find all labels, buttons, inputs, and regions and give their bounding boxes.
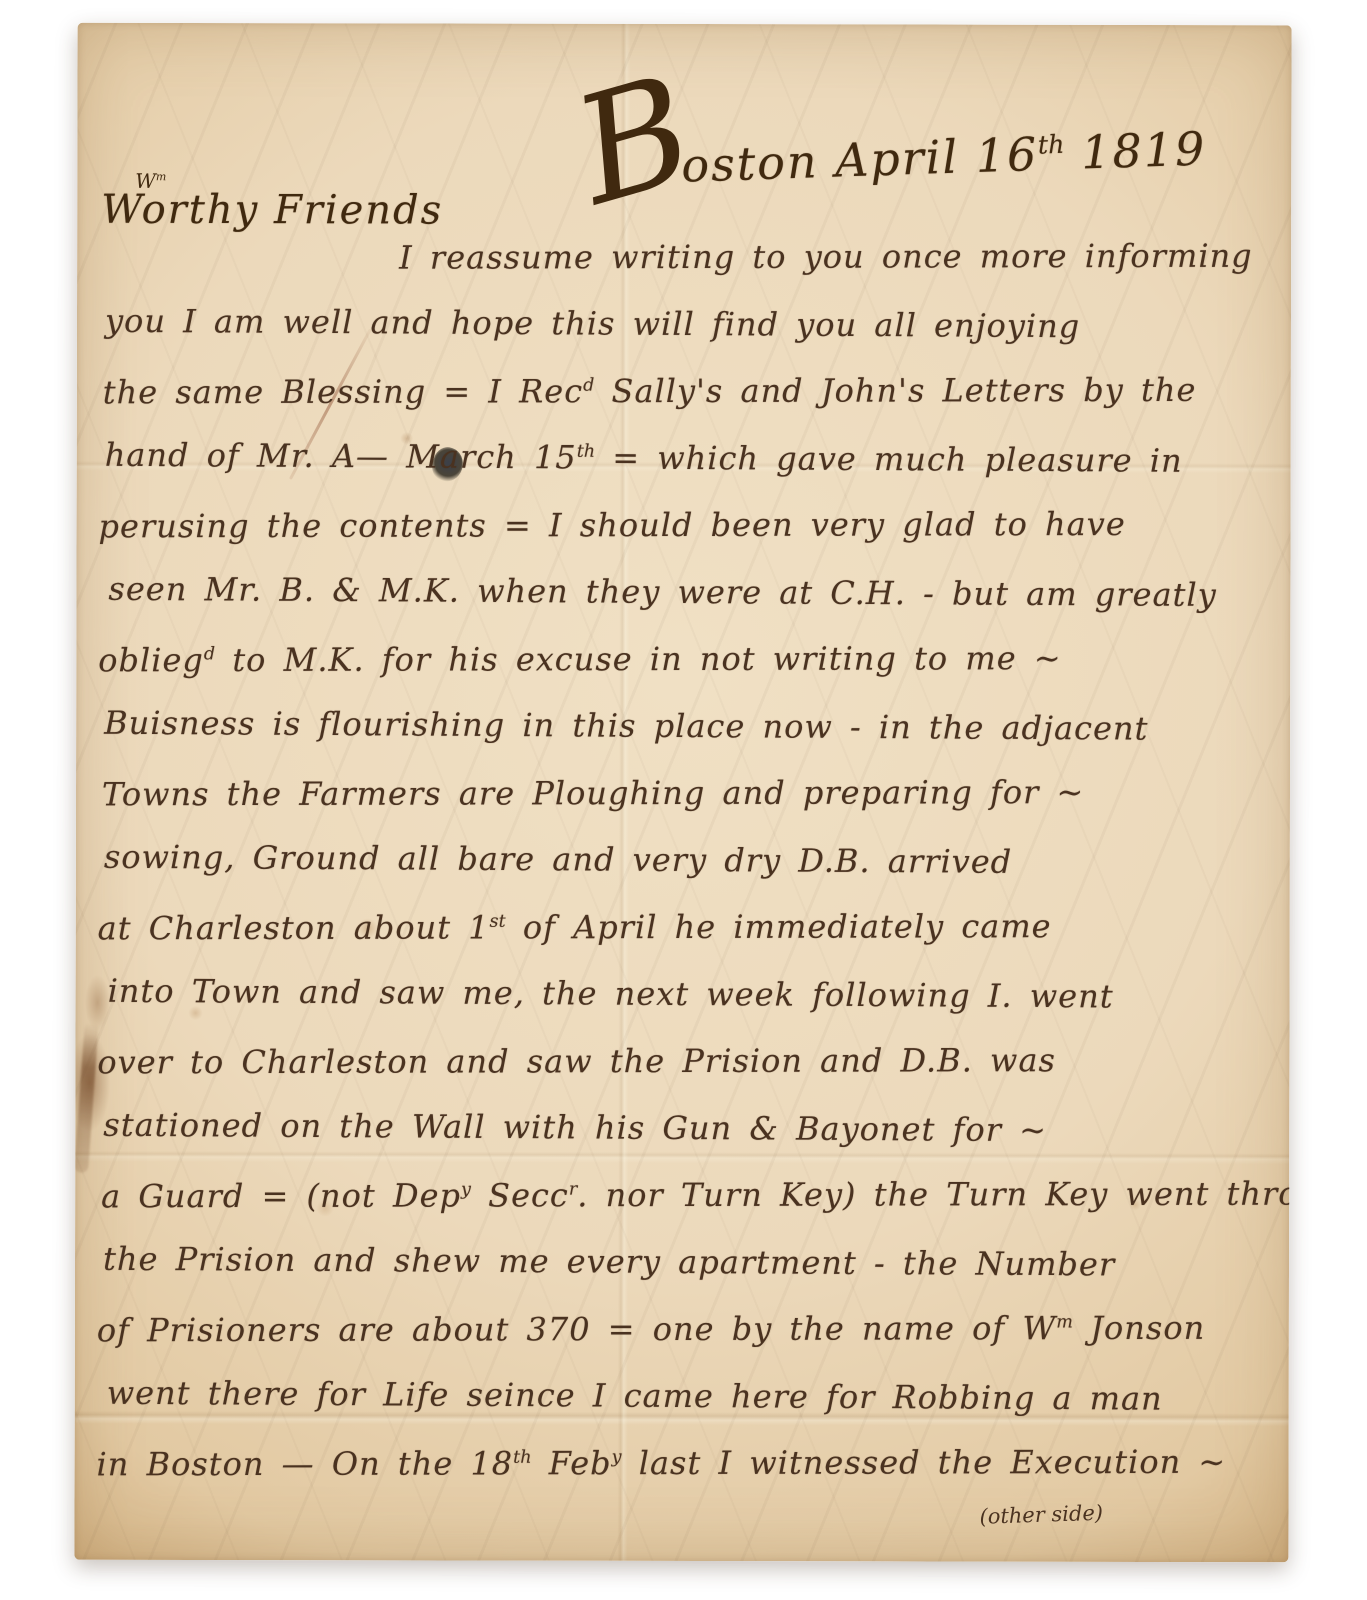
- letter-line: over to Charleston and saw the Prision a…: [97, 1041, 1269, 1111]
- letter-paper: B oston April 16th 1819 Wm Worthy Friend…: [74, 23, 1291, 1563]
- letter-line: obliegd to M.K. for his excuse in not wr…: [98, 639, 1270, 709]
- letter-line: the same Blessing = I Recd Sally's and J…: [103, 371, 1271, 441]
- letter-line: of Prisioners are about 370 = one by the…: [97, 1309, 1269, 1379]
- letter-line: stationed on the Wall with his Gun & Bay…: [97, 1106, 1269, 1180]
- letter-line: a Guard = (not Depy Seccr. nor Turn Key)…: [101, 1175, 1269, 1245]
- letter-line: perusing the contents = I should been ve…: [98, 505, 1270, 575]
- letter-line: sowing, Ground all bare and very dry D.B…: [98, 838, 1270, 912]
- letter-line: hand of Mr. A— March 15th = which gave m…: [98, 436, 1270, 510]
- letter-line: seen Mr. B. & M.K. when they were at C.H…: [102, 570, 1270, 644]
- letter-line: Buisness is flourishing in this place no…: [98, 704, 1270, 778]
- letter-line: into Town and saw me, the next week foll…: [101, 972, 1269, 1046]
- letter-body: I reassume writing to you once more info…: [96, 237, 1271, 1512]
- dateline: B oston April 16th 1819: [576, 54, 1208, 195]
- letter-line: the Prision and shew me every apartment …: [97, 1240, 1269, 1314]
- salutation: Wm Worthy Friends: [101, 169, 443, 234]
- salutation-text: Worthy Friends: [101, 187, 443, 234]
- photo-of-letter: B oston April 16th 1819 Wm Worthy Friend…: [0, 0, 1367, 1600]
- letter-line: Towns the Farmers are Ploughing and prep…: [102, 773, 1270, 843]
- letter-line: went there for Life seince I came here f…: [101, 1374, 1269, 1448]
- letter-line: at Charleston about 1st of April he imme…: [98, 907, 1270, 977]
- letter-line: I reassume writing to you once more info…: [99, 237, 1271, 307]
- dateline-text: oston April 16th 1819: [680, 114, 1207, 192]
- other-side-note: (other side): [979, 1501, 1103, 1529]
- dateline-flourished-initial: B: [565, 68, 702, 213]
- letter-line: you I am well and hope this will find yo…: [99, 302, 1271, 376]
- ink-smear: [74, 1022, 98, 1173]
